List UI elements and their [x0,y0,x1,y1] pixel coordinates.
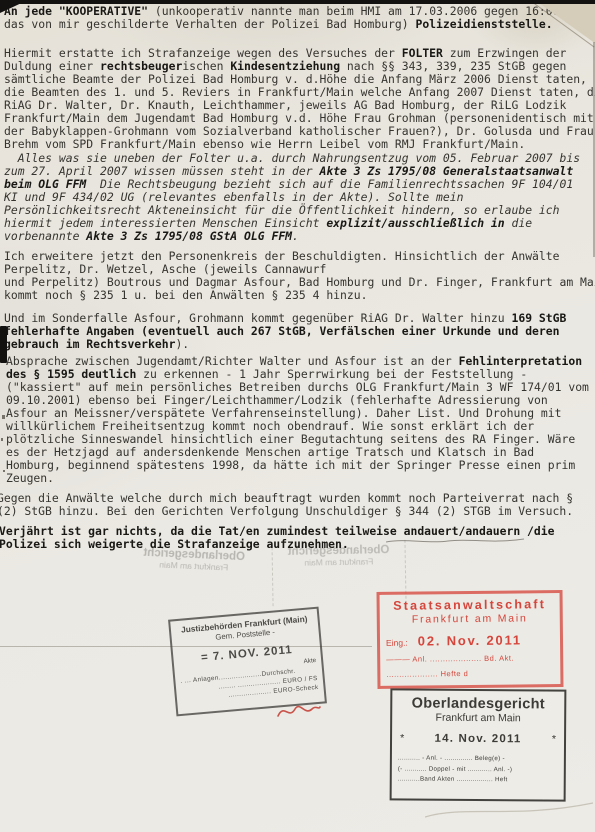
stamp-title: Staatsanwaltschaft [386,597,554,613]
stamp-subtitle: Frankfurt am Main [398,711,558,724]
stamp-date-label: Eing.: [386,638,408,648]
stamp-rows: ........... - Anl. - .............. Bele… [398,753,558,786]
receipt-stamp-staatsanwaltschaft: Staatsanwaltschaft Frankfurt am Main Ein… [376,590,563,689]
stamp-star: * [552,734,556,746]
scan-edge-top [0,0,595,4]
paragraph-p3: Alles was sie uneben der Folter u.a. dur… [4,152,580,243]
paragraph-p4: Ich erweitere jetzt den Personenkreis de… [4,250,595,302]
stamp-subtitle: Frankfurt am Main [386,612,554,626]
paragraph-p1: An jede "KOOPERATIVE" (unkooperativ nann… [4,5,587,31]
scan-artifact-black-bar [0,326,7,363]
paragraph-p6: Absprache zwischen Jugendamt/Richter Wal… [6,355,589,485]
text-line: kommt noch § 235 1 u. bei den Anwälten §… [4,289,595,302]
scan-speck [1,438,3,441]
scan-corner-top-left [0,0,28,13]
receipt-stamp-justizbehoerden: Justizbehörden Frankfurt (Main) Gem. Pos… [168,607,327,717]
paragraph-p5: Und im Sonderfalle Asfour, Grohmann komm… [4,312,566,351]
stamp-star: * [400,732,404,744]
stamp-date: 02. Nov. 2011 [418,632,522,648]
scan-speck [2,415,5,419]
pen-strike-line [386,535,526,547]
stamp-date: 14. Nov. 2011 [435,733,522,746]
paragraph-p2: Hiermit erstatte ich Strafanzeige wegen … [4,47,595,151]
stamp-row: .................... Hefte d [386,668,554,679]
stamp-date-row: * 14. Nov. 2011 * [398,732,558,745]
stamp-row: ...........Band Akten ..................… [398,775,558,787]
text-line: Brehm vom SPD Frankfurt/Main ebenso wie … [4,138,595,151]
stamp-row: ——— Anl. .................... Bd. Akt. [386,653,554,664]
text-line: vorbenannte Akte 3 Zs 1795/08 GStA OLG F… [4,230,580,243]
stamp-title: Oberlandesgericht [398,695,558,712]
scan-speck [3,470,5,472]
receipt-stamp-oberlandesgericht: Oberlandesgericht Frankfurt am Main * 14… [390,688,567,801]
text-line: gebrauch im Rechtsverkehr). [4,338,566,351]
text-line: Zeugen. [6,472,589,485]
text-line: das von mir geschilderte Verhalten der P… [4,18,587,31]
scanned-document-page: An jede "KOOPERATIVE" (unkooperativ nann… [0,0,595,832]
stamp-date-row: Eing.: 02. Nov. 2011 [386,632,554,649]
stamp-row: ........... - Anl. - .............. Bele… [398,753,558,765]
text-line: (2) StGB hinzu. Bei den Gerichten Verfol… [0,505,573,518]
paragraph-p7: Gegen die Anwälte welche durch mich beau… [0,492,573,518]
red-signature-scribble [276,701,322,723]
text-line: Homburg, beginnend spätestens 1998, da h… [6,459,589,472]
